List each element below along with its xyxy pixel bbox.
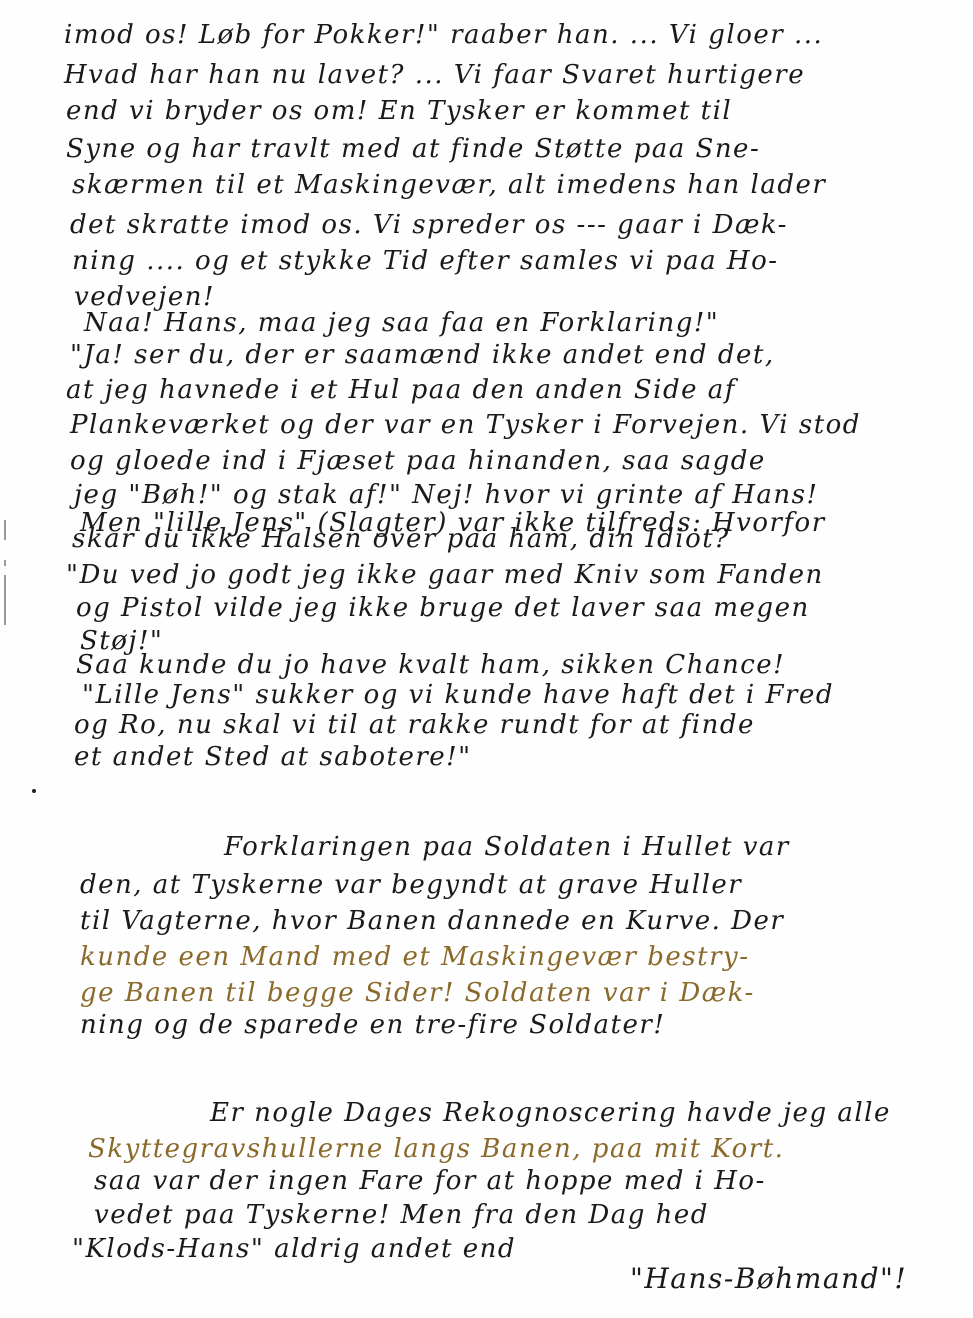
text-line: at jeg havnede i et Hul paa den anden Si… xyxy=(66,375,736,405)
text-line: Syne og har travlt med at finde Støtte p… xyxy=(66,134,760,164)
scan-margin-mark xyxy=(4,560,6,566)
manuscript-page: imod os! Løb for Pokker!" raaber han. ..… xyxy=(0,0,973,1318)
text-line: Plankeværket og der var en Tysker i Forv… xyxy=(70,410,861,440)
text-line: skar du ikke Halsen over paa ham, din Id… xyxy=(72,524,730,554)
text-line: jeg "Bøh!" og stak af!" Nej! hvor vi gri… xyxy=(74,480,818,510)
signature: "Hans-Bøhmand"! xyxy=(630,1262,907,1295)
scan-margin-mark xyxy=(4,520,6,540)
text-line: Er nogle Dages Rekognoscering havde jeg … xyxy=(210,1098,891,1128)
text-line: imod os! Løb for Pokker!" raaber han. ..… xyxy=(64,20,823,50)
text-line: Forklaringen paa Soldaten i Hullet var xyxy=(224,832,790,862)
text-line: vedet paa Tyskerne! Men fra den Dag hed xyxy=(94,1200,709,1230)
text-line: Skyttegravshullerne langs Banen, paa mit… xyxy=(88,1134,784,1164)
text-line: og gloede ind i Fjæset paa hinanden, saa… xyxy=(70,446,766,476)
text-line: saa var der ingen Fare for at hoppe med … xyxy=(94,1166,766,1196)
text-line: "Ja! ser du, der er saamænd ikke andet e… xyxy=(70,340,775,370)
text-line: og Ro, nu skal vi til at rakke rundt for… xyxy=(74,710,755,740)
text-line: "Lille Jens" sukker og vi kunde have haf… xyxy=(82,680,834,710)
text-line: et andet Sted at sabotere!" xyxy=(74,742,472,772)
text-line: ge Banen til begge Sider! Soldaten var i… xyxy=(80,978,755,1008)
text-line: den, at Tyskerne var begyndt at grave Hu… xyxy=(80,870,742,900)
text-line: Naa! Hans, maa jeg saa faa en Forklaring… xyxy=(84,308,719,338)
text-line: skærmen til et Maskingevær, alt imedens … xyxy=(72,170,826,200)
text-line: Hvad har han nu lavet? ... Vi faar Svare… xyxy=(64,60,805,90)
text-line: end vi bryder os om! En Tysker er kommet… xyxy=(66,96,732,126)
text-line: ning .... og et stykke Tid efter samles … xyxy=(72,246,779,276)
text-line: til Vagterne, hvor Banen dannede en Kurv… xyxy=(80,906,784,936)
scan-margin-mark xyxy=(4,575,6,625)
text-line: ning og de sparede en tre-fire Soldater! xyxy=(80,1010,665,1040)
text-line: og Pistol vilde jeg ikke bruge det laver… xyxy=(76,593,810,623)
text-line: det skratte imod os. Vi spreder os --- g… xyxy=(70,210,788,240)
ink-dot xyxy=(32,789,36,793)
text-line: "Klods-Hans" aldrig andet end xyxy=(72,1234,516,1264)
text-line: "Du ved jo godt jeg ikke gaar med Kniv s… xyxy=(66,560,824,590)
text-line: Saa kunde du jo have kvalt ham, sikken C… xyxy=(76,650,785,680)
text-line: kunde een Mand med et Maskingevær bestry… xyxy=(80,942,750,972)
